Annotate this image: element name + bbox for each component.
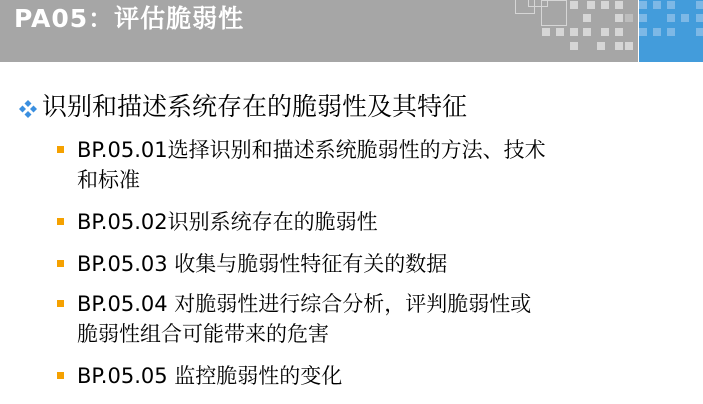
sub-point-text: BP.05.05 监控脆弱性的变化 — [77, 362, 342, 390]
decor-square — [639, 28, 647, 36]
decor-square — [667, 14, 675, 22]
decor-square — [597, 42, 605, 50]
decor-square — [615, 14, 623, 22]
decor-square — [653, 1, 661, 9]
decor-square — [570, 1, 578, 9]
sub-point-text: BP.05.01选择识别和描述系统脆弱性的方法、技术 — [77, 136, 546, 164]
decor-square — [615, 28, 623, 36]
square-bullet-icon — [57, 260, 64, 267]
decor-square — [625, 42, 633, 50]
slide-title: PA05：评估脆弱性 — [14, 2, 244, 36]
decor-square — [667, 1, 675, 9]
header-blue-block — [638, 0, 703, 62]
decor-square — [696, 28, 703, 36]
decor-square — [570, 42, 578, 50]
decor-square — [542, 28, 550, 36]
decor-square — [625, 14, 633, 22]
main-point-text: 识别和描述系统存在的脆弱性及其特征 — [42, 92, 467, 122]
decor-square — [583, 14, 591, 22]
decor-square — [639, 14, 647, 22]
sub-point-text: 脆弱性组合可能带来的危害 — [77, 320, 329, 348]
decor-outline-square — [541, 0, 567, 26]
decor-square — [615, 42, 623, 50]
decor-square — [587, 1, 595, 9]
decor-square — [696, 1, 703, 9]
decor-square — [601, 1, 609, 9]
title-bar: PA05：评估脆弱性 — [0, 0, 703, 62]
decor-square — [583, 28, 591, 36]
square-bullet-icon — [57, 300, 64, 307]
decor-square — [653, 28, 661, 36]
sub-point-text: BP.05.02识别系统存在的脆弱性 — [77, 208, 378, 236]
sub-point-text: 和标准 — [77, 166, 140, 194]
sub-point-text: BP.05.03 收集与脆弱性特征有关的数据 — [77, 250, 447, 278]
diamond-cluster-icon — [18, 99, 38, 119]
decor-square — [570, 28, 578, 36]
decor-square — [615, 1, 623, 9]
decor-square — [556, 28, 564, 36]
decor-square — [696, 14, 703, 22]
decor-square — [639, 1, 647, 9]
square-bullet-icon — [57, 372, 64, 379]
decor-square — [681, 14, 689, 22]
square-bullet-icon — [57, 146, 64, 153]
sub-point-text: BP.05.04 对脆弱性进行综合分析，评判脆弱性或 — [77, 290, 531, 318]
decor-square — [667, 28, 675, 36]
square-bullet-icon — [57, 218, 64, 225]
decor-square — [601, 28, 609, 36]
